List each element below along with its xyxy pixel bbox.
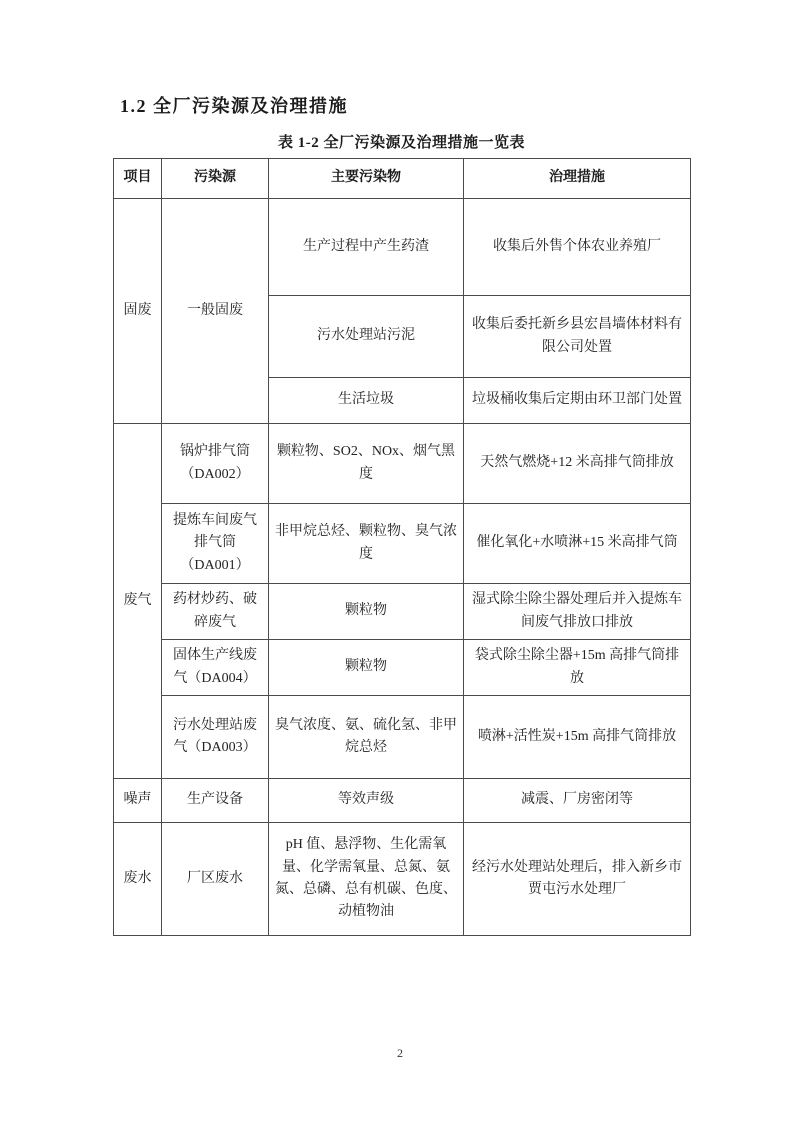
cell-source-general-solid-waste: 一般固废: [162, 199, 269, 424]
cell-measure: 天然气燃烧+12 米高排气筒排放: [464, 424, 691, 504]
table-row: 噪声 生产设备 等效声级 减震、厂房密闭等: [114, 779, 691, 823]
cell-measure: 袋式除尘除尘器+15m 高排气筒排放: [464, 640, 691, 696]
cell-item-wastewater: 废水: [114, 823, 162, 936]
header-source: 污染源: [162, 159, 269, 199]
cell-item-noise: 噪声: [114, 779, 162, 823]
cell-pollutant: 污水处理站污泥: [269, 296, 464, 378]
cell-pollutant: 颗粒物: [269, 640, 464, 696]
page-number: 2: [0, 1046, 800, 1061]
cell-pollutant: 臭气浓度、氨、硫化氢、非甲烷总烃: [269, 696, 464, 779]
cell-item-solid-waste: 固废: [114, 199, 162, 424]
table-header-row: 项目 污染源 主要污染物 治理措施: [114, 159, 691, 199]
document-page: { "page": { "heading": "1.2 全厂污染源及治理措施",…: [0, 0, 800, 1132]
cell-source: 污水处理站废气（DA003）: [162, 696, 269, 779]
cell-pollutant: pH 值、悬浮物、生化需氧量、化学需氧量、总氮、氨氮、总磷、总有机碳、色度、动植…: [269, 823, 464, 936]
cell-item-waste-gas: 废气: [114, 424, 162, 779]
cell-measure: 收集后外售个体农业养殖厂: [464, 199, 691, 296]
section-heading: 1.2 全厂污染源及治理措施: [120, 92, 348, 118]
cell-source: 锅炉排气筒（DA002）: [162, 424, 269, 504]
cell-measure: 喷淋+活性炭+15m 高排气筒排放: [464, 696, 691, 779]
cell-source: 生产设备: [162, 779, 269, 823]
cell-measure: 收集后委托新乡县宏昌墙体材料有限公司处置: [464, 296, 691, 378]
pollution-sources-table: 项目 污染源 主要污染物 治理措施 固废 一般固废 生产过程中产生药渣 收集后外…: [113, 158, 691, 936]
cell-pollutant: 生产过程中产生药渣: [269, 199, 464, 296]
cell-measure: 减震、厂房密闭等: [464, 779, 691, 823]
cell-pollutant: 等效声级: [269, 779, 464, 823]
cell-source: 固体生产线废气（DA004）: [162, 640, 269, 696]
cell-measure: 经污水处理站处理后，排入新乡市贾屯污水处理厂: [464, 823, 691, 936]
cell-pollutant: 颗粒物: [269, 584, 464, 640]
cell-pollutant: 非甲烷总烃、颗粒物、臭气浓度: [269, 504, 464, 584]
cell-source: 厂区废水: [162, 823, 269, 936]
cell-source: 提炼车间废气排气筒（DA001）: [162, 504, 269, 584]
table-row: 药材炒药、破碎废气 颗粒物 湿式除尘除尘器处理后并入提炼车间废气排放口排放: [114, 584, 691, 640]
table-row: 污水处理站废气（DA003） 臭气浓度、氨、硫化氢、非甲烷总烃 喷淋+活性炭+1…: [114, 696, 691, 779]
cell-source: 药材炒药、破碎废气: [162, 584, 269, 640]
table-row: 固废 一般固废 生产过程中产生药渣 收集后外售个体农业养殖厂: [114, 199, 691, 296]
table-row: 废水 厂区废水 pH 值、悬浮物、生化需氧量、化学需氧量、总氮、氨氮、总磷、总有…: [114, 823, 691, 936]
table-row: 固体生产线废气（DA004） 颗粒物 袋式除尘除尘器+15m 高排气筒排放: [114, 640, 691, 696]
header-item: 项目: [114, 159, 162, 199]
cell-measure: 垃圾桶收集后定期由环卫部门处置: [464, 378, 691, 424]
table-title: 表 1-2 全厂污染源及治理措施一览表: [113, 131, 690, 152]
cell-measure: 催化氧化+水喷淋+15 米高排气筒: [464, 504, 691, 584]
table-row: 提炼车间废气排气筒（DA001） 非甲烷总烃、颗粒物、臭气浓度 催化氧化+水喷淋…: [114, 504, 691, 584]
cell-measure: 湿式除尘除尘器处理后并入提炼车间废气排放口排放: [464, 584, 691, 640]
header-pollutant: 主要污染物: [269, 159, 464, 199]
cell-pollutant: 生活垃圾: [269, 378, 464, 424]
header-measure: 治理措施: [464, 159, 691, 199]
table-row: 废气 锅炉排气筒（DA002） 颗粒物、SO2、NOx、烟气黑度 天然气燃烧+1…: [114, 424, 691, 504]
cell-pollutant: 颗粒物、SO2、NOx、烟气黑度: [269, 424, 464, 504]
